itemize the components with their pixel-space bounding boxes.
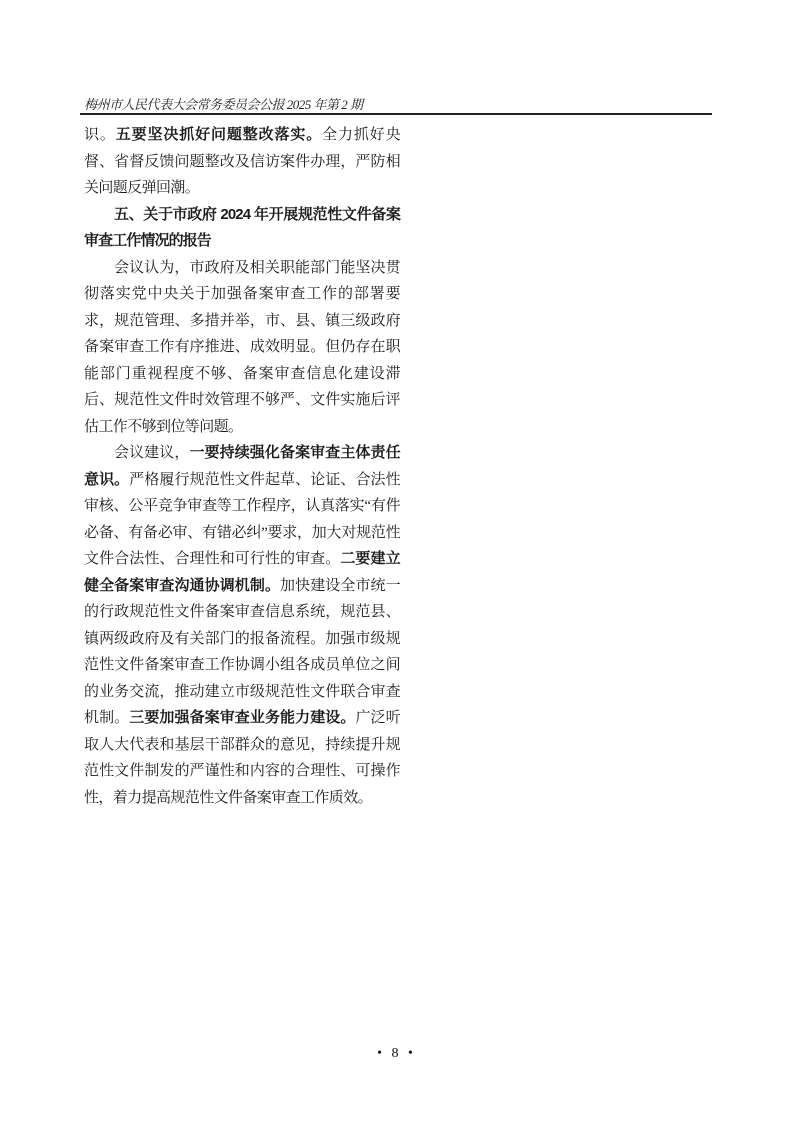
- page-number: • 8 •: [0, 1046, 793, 1062]
- bold-text-run: 三要加强备案审查业务能力建设。: [129, 709, 355, 726]
- paragraph: 会议认为，市政府及相关职能部门能坚决贯彻落实党中央关于加强备案审查工作的部署要求…: [84, 255, 400, 441]
- text-run: 加快建设全市统一的行政规范性文件备案审查信息系统，规范县、镇两级政府及有关部门的…: [84, 578, 400, 727]
- bold-text-run: 五要坚决抓好问题整改落实。: [116, 126, 322, 143]
- text-run: 会议建议，: [114, 445, 189, 461]
- text-run: 识。: [84, 127, 116, 143]
- section-heading: 五、关于市政府 2024 年开展规范性文件备案审查工作情况的报告: [84, 202, 400, 255]
- header-rule: [80, 113, 712, 115]
- running-header: 梅州市人民代表大会常务委员会公报 2025 年第 2 期: [84, 94, 363, 113]
- paragraph: 会议建议，一要持续强化备案审查主体责任意识。严格履行规范性文件起草、论证、合法性…: [84, 440, 400, 811]
- bold-text-run: 五、关于市政府 2024 年开展规范性文件备案审查工作情况的报告: [84, 206, 400, 250]
- text-run: 会议认为，市政府及相关职能部门能坚决贯彻落实党中央关于加强备案审查工作的部署要求…: [84, 260, 400, 435]
- document-page: 梅州市人民代表大会常务委员会公报 2025 年第 2 期 识。五要坚决抓好问题整…: [0, 0, 793, 1122]
- article-body: 识。五要坚决抓好问题整改落实。全力抓好央督、省督反馈问题整改及信访案件办理，严防…: [84, 122, 400, 811]
- paragraph: 识。五要坚决抓好问题整改落实。全力抓好央督、省督反馈问题整改及信访案件办理，严防…: [84, 122, 400, 202]
